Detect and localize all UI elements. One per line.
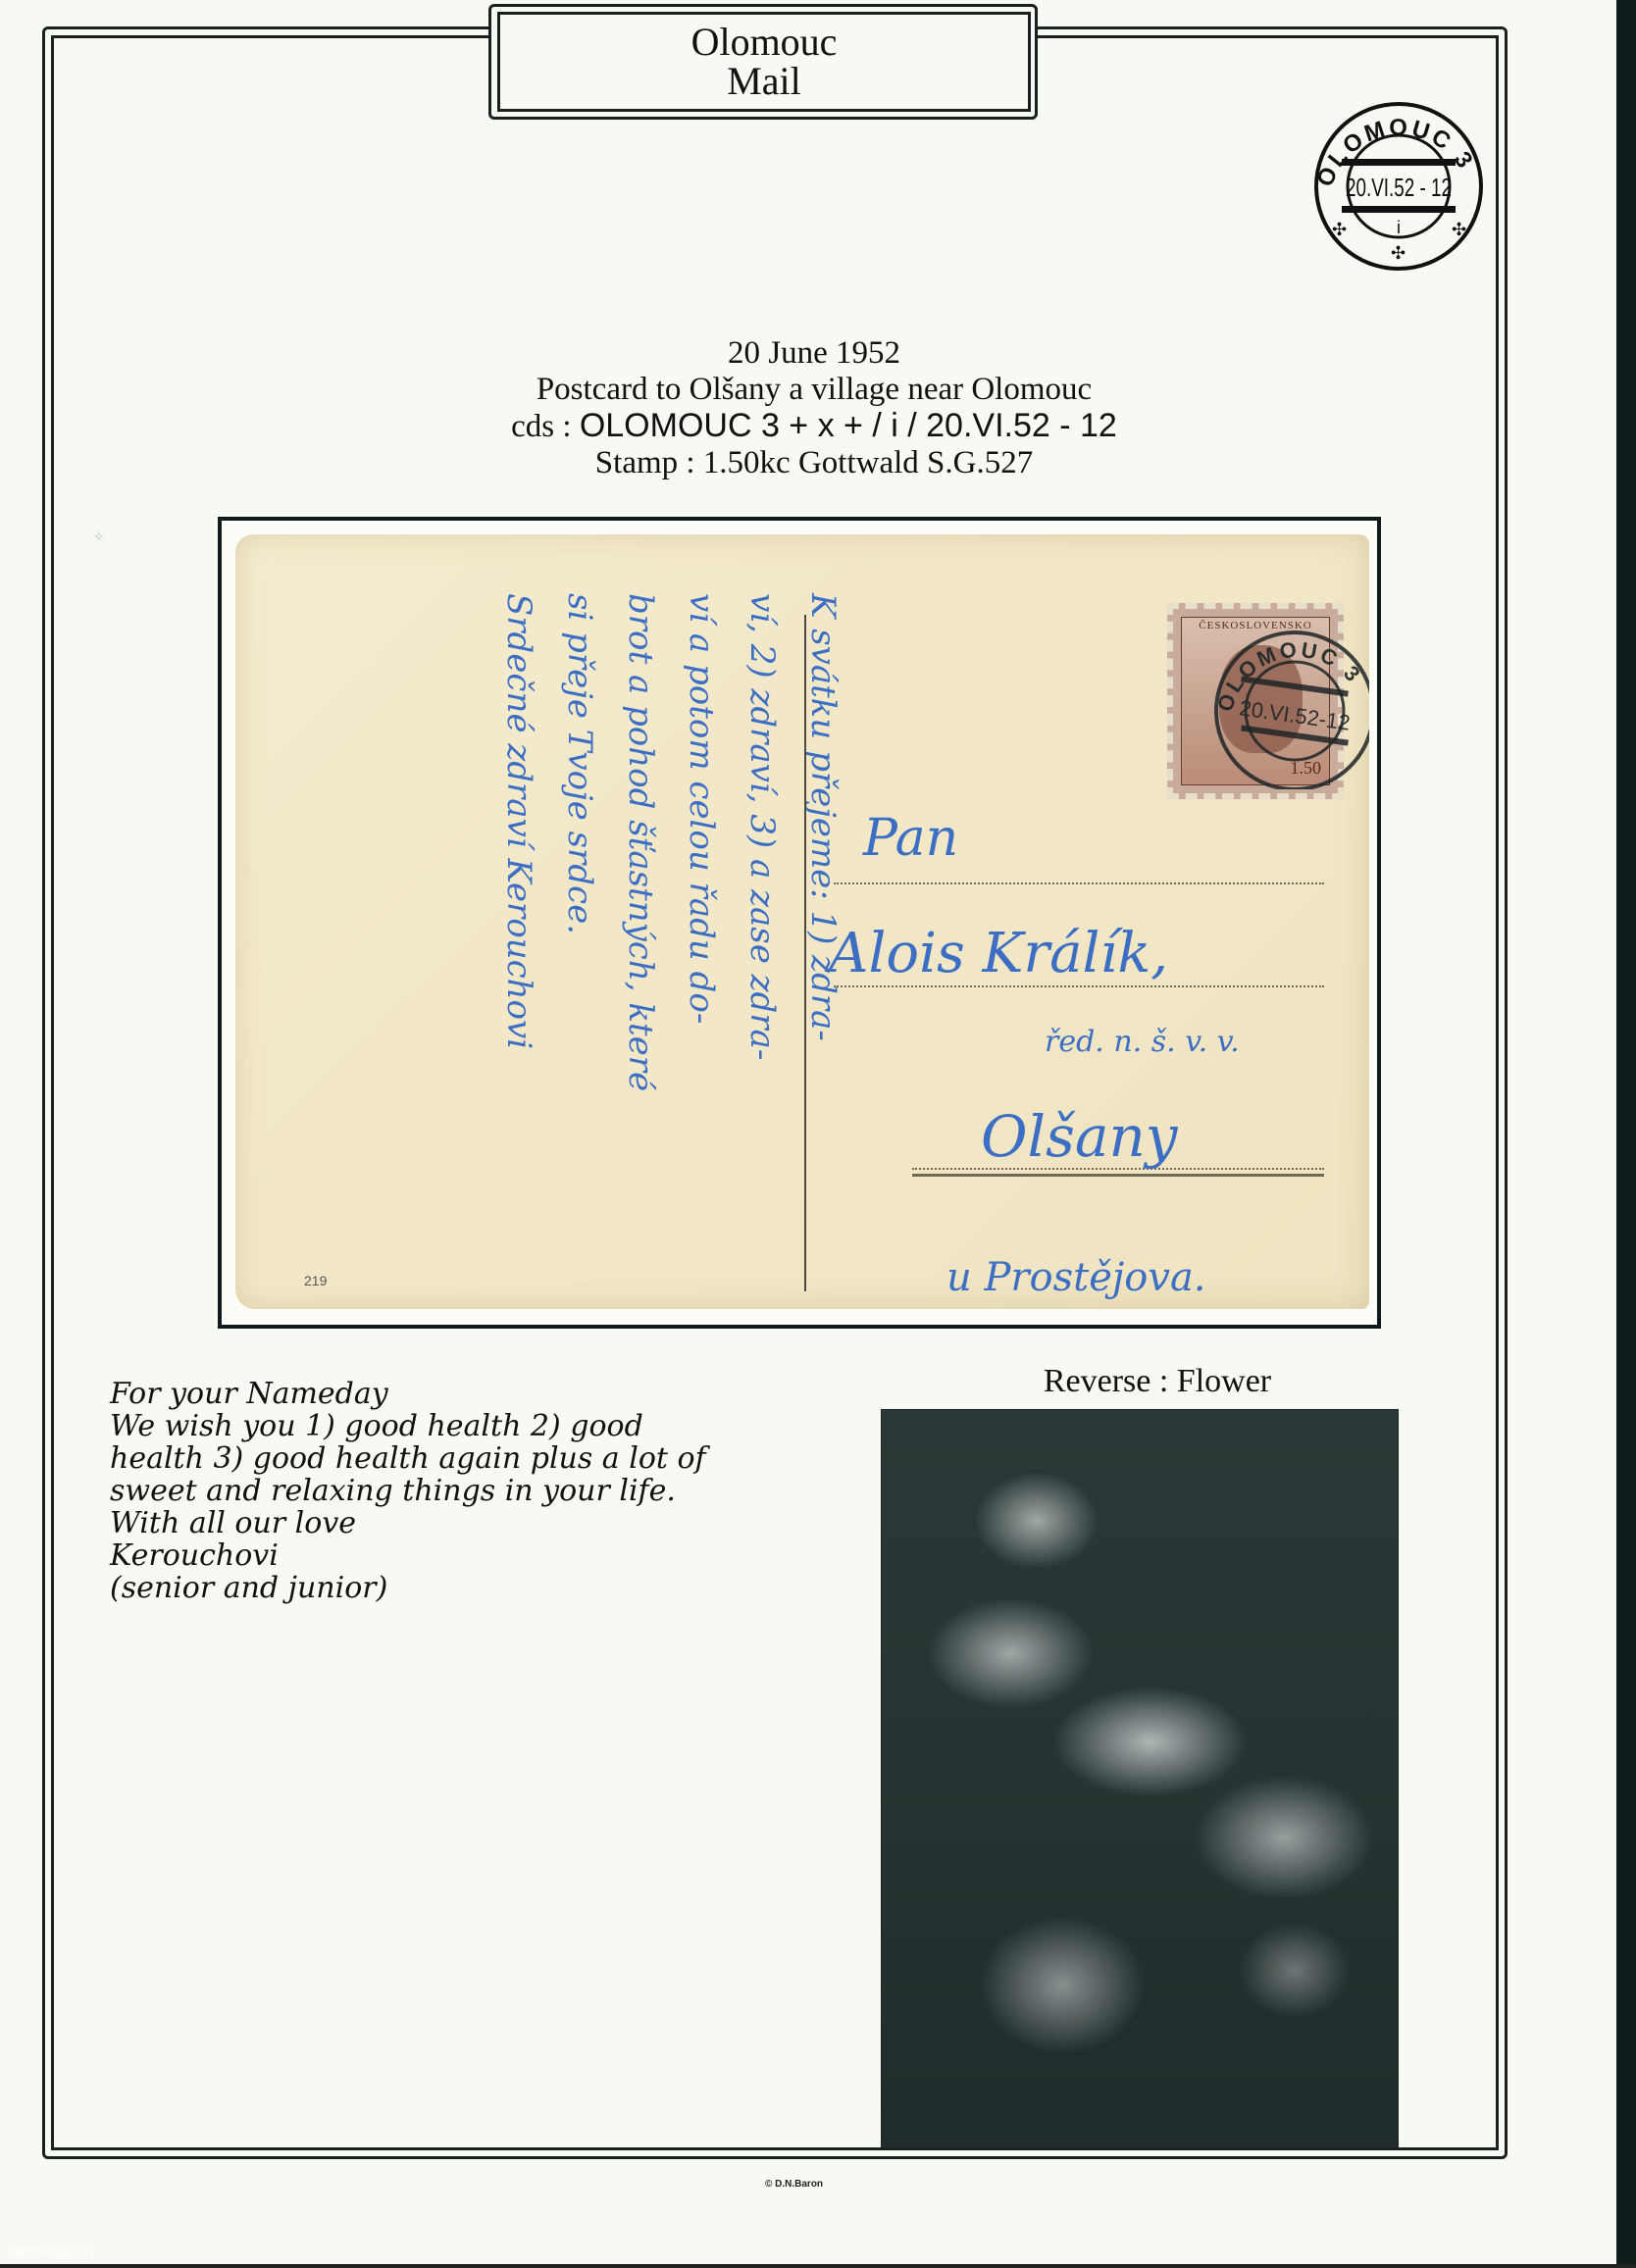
page-title-line2: Mail bbox=[727, 62, 801, 101]
card-number: 219 bbox=[304, 1273, 327, 1288]
postcard-mount: K svátku přejeme: 1) zdra- ví, 2) zdraví… bbox=[218, 517, 1381, 1329]
message-line: ví, 2) zdraví, 3) a zase zdra- bbox=[732, 593, 792, 1309]
address-line-underline bbox=[912, 1174, 1324, 1177]
message-line: ví a potom celou řadu do- bbox=[671, 593, 732, 1309]
address-salutation: Pan bbox=[863, 809, 958, 868]
address-title: řed. n. š. v. v. bbox=[1045, 1025, 1240, 1059]
item-caption: 20 June 1952 Postcard to Olšany a villag… bbox=[294, 335, 1334, 481]
scan-smudge: ✧ bbox=[93, 529, 105, 546]
postmark-date: 20.VI.52 - 12 bbox=[1346, 173, 1452, 202]
caption-cds-value: OLOMOUC 3 + x + / i / 20.VI.52 - 12 bbox=[580, 407, 1117, 444]
message-line: Srdečné zdraví Kerouchovi bbox=[488, 593, 549, 1309]
translation-line: We wish you 1) good health 2) good bbox=[110, 1410, 914, 1442]
message-line: si přeje Tvoje srdce. bbox=[549, 593, 610, 1309]
reverse-flower-image bbox=[881, 1409, 1399, 2148]
cross-icon: ✣ bbox=[1332, 220, 1347, 239]
address-line bbox=[834, 985, 1324, 987]
cross-icon: ✣ bbox=[1391, 243, 1406, 263]
page-title: Olomouc Mail bbox=[497, 12, 1031, 112]
caption-date: 20 June 1952 bbox=[294, 335, 1334, 372]
caption-cds-label: cds : bbox=[511, 409, 580, 444]
address-town: Olšany bbox=[981, 1103, 1178, 1170]
translation-line: (senior and junior) bbox=[110, 1572, 914, 1604]
caption-description: Postcard to Olšany a village near Olomou… bbox=[294, 372, 1334, 408]
translation-line: With all our love bbox=[110, 1507, 914, 1539]
stamp-cancellation: OLOMOUC 3 20.VI.52-12 bbox=[1201, 623, 1369, 789]
postcard: K svátku přejeme: 1) zdra- ví, 2) zdraví… bbox=[235, 534, 1369, 1309]
caption-cds: cds : OLOMOUC 3 + x + / i / 20.VI.52 - 1… bbox=[294, 408, 1334, 445]
caption-stamp: Stamp : 1.50kc Gottwald S.G.527 bbox=[294, 445, 1334, 481]
message-line: brot a pohod šťastných, které bbox=[610, 593, 671, 1309]
translation-line: Kerouchovi bbox=[110, 1539, 914, 1572]
handwritten-message: K svátku přejeme: 1) zdra- ví, 2) zdraví… bbox=[324, 574, 912, 1309]
postmark-illustration: OLOMOUC 3 20.VI.52 - 12 i ✣ ✣ ✣ bbox=[1303, 98, 1495, 271]
watermark: Derek Baron bbox=[8, 2245, 93, 2261]
postmark-index: i bbox=[1397, 218, 1401, 237]
scan-bottom-edge bbox=[0, 2264, 1636, 2268]
postcard-divider bbox=[804, 615, 806, 1291]
address-line bbox=[834, 882, 1324, 884]
page-title-line1: Olomouc bbox=[691, 23, 838, 62]
message-translation: For your Nameday We wish you 1) good hea… bbox=[110, 1378, 914, 1604]
translation-line: health 3) good health again plus a lot o… bbox=[110, 1442, 914, 1475]
translation-line: sweet and relaxing things in your life. bbox=[110, 1475, 914, 1507]
copyright: © D.N.Baron bbox=[765, 2179, 823, 2190]
translation-line: For your Nameday bbox=[110, 1378, 914, 1410]
address-name: Alois Králík, bbox=[829, 922, 1168, 985]
scan-edge-strip bbox=[1616, 0, 1636, 2268]
address-district: u Prostějova. bbox=[946, 1255, 1206, 1300]
reverse-label: Reverse : Flower bbox=[932, 1363, 1383, 1400]
cross-icon: ✣ bbox=[1452, 220, 1466, 239]
